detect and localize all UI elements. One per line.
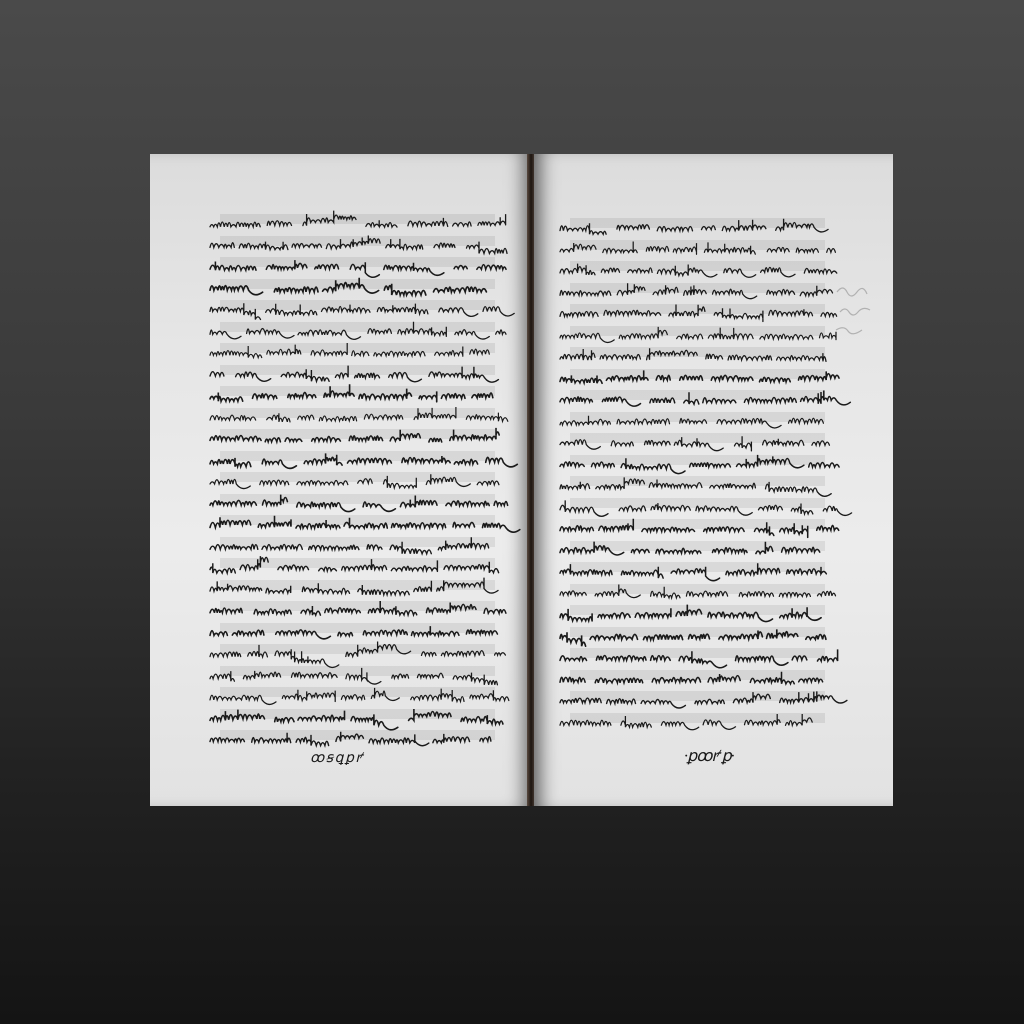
handwriting-line: [560, 345, 860, 367]
handwriting-line: [560, 582, 860, 604]
handwriting-line: [560, 668, 860, 690]
handwriting-line: [210, 707, 510, 729]
handwriting-line: [210, 449, 510, 471]
left-page-catchword: ꝏ ꞩ ꝗ ꝑ ꝵ: [310, 748, 361, 767]
handwriting-line: [210, 320, 510, 342]
handwriting-line: [210, 728, 510, 750]
handwriting-line: [210, 535, 510, 557]
handwriting-line: [210, 277, 510, 299]
handwriting-line: [210, 599, 510, 621]
handwriting-line: [560, 259, 860, 281]
open-manuscript-book: ꝏ ꞩ ꝗ ꝑ ꝵ ·ꝑꝏꝵ ꝑ·: [150, 154, 893, 806]
right-page-signature: ·ꝑꝏꝵ ꝑ·: [684, 744, 734, 766]
left-page: ꝏ ꞩ ꝗ ꝑ ꝵ: [150, 154, 528, 806]
handwriting-line: [560, 216, 860, 238]
handwriting-line: [210, 363, 510, 385]
handwriting-line: [560, 646, 860, 668]
handwriting-line: [560, 603, 860, 625]
handwriting-line: [560, 410, 860, 432]
handwriting-line: [560, 281, 860, 303]
left-page-handwriting: [210, 212, 510, 750]
handwriting-line: [210, 642, 510, 664]
handwriting-line: [210, 298, 510, 320]
handwriting-line: [560, 625, 860, 647]
handwriting-line: [210, 664, 510, 686]
handwriting-line: [210, 685, 510, 707]
margin-annotation: [832, 272, 892, 342]
handwriting-line: [210, 578, 510, 600]
handwriting-line: [560, 517, 860, 539]
handwriting-line: [210, 513, 510, 535]
handwriting-line: [560, 474, 860, 496]
handwriting-line: [210, 621, 510, 643]
right-page-handwriting: [560, 216, 860, 732]
handwriting-line: [210, 212, 510, 234]
handwriting-line: [560, 367, 860, 389]
handwriting-line: [560, 689, 860, 711]
handwriting-line: [210, 406, 510, 428]
handwriting-line: [560, 302, 860, 324]
handwriting-line: [210, 556, 510, 578]
handwriting-line: [560, 431, 860, 453]
handwriting-line: [560, 711, 860, 733]
handwriting-line: [560, 238, 860, 260]
handwriting-line: [210, 341, 510, 363]
handwriting-line: [560, 496, 860, 518]
right-page: ·ꝑꝏꝵ ꝑ·: [534, 154, 893, 806]
handwriting-line: [560, 324, 860, 346]
handwriting-line: [210, 255, 510, 277]
handwriting-line: [560, 388, 860, 410]
handwriting-line: [210, 234, 510, 256]
handwriting-line: [210, 492, 510, 514]
handwriting-line: [560, 453, 860, 475]
handwriting-line: [560, 560, 860, 582]
handwriting-line: [210, 470, 510, 492]
handwriting-line: [210, 384, 510, 406]
handwriting-line: [560, 539, 860, 561]
handwriting-line: [210, 427, 510, 449]
